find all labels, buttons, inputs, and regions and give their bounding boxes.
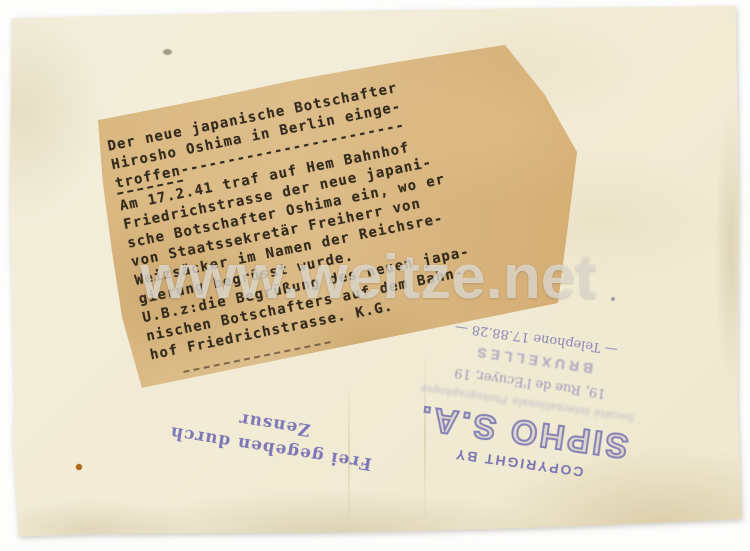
watermark: www.weitze.net <box>140 242 596 313</box>
photo-card: Frei gegeben durch Zensur COPYRIGHT BY S… <box>0 0 750 551</box>
caption-text: Der neue japanische Botschafter Hirosho … <box>106 72 479 366</box>
copyright-stamp: COPYRIGHT BY SIPHO S.A. Société Internat… <box>401 314 653 487</box>
photo-card-wrapper: Frei gegeben durch Zensur COPYRIGHT BY S… <box>0 0 750 551</box>
stain-speck <box>163 49 172 55</box>
stain-speck <box>76 464 82 470</box>
photo-back-scan: Frei gegeben durch Zensur COPYRIGHT BY S… <box>0 0 750 551</box>
stain-speck <box>611 297 615 301</box>
censor-stamp: Frei gegeben durch Zensur <box>155 390 390 477</box>
